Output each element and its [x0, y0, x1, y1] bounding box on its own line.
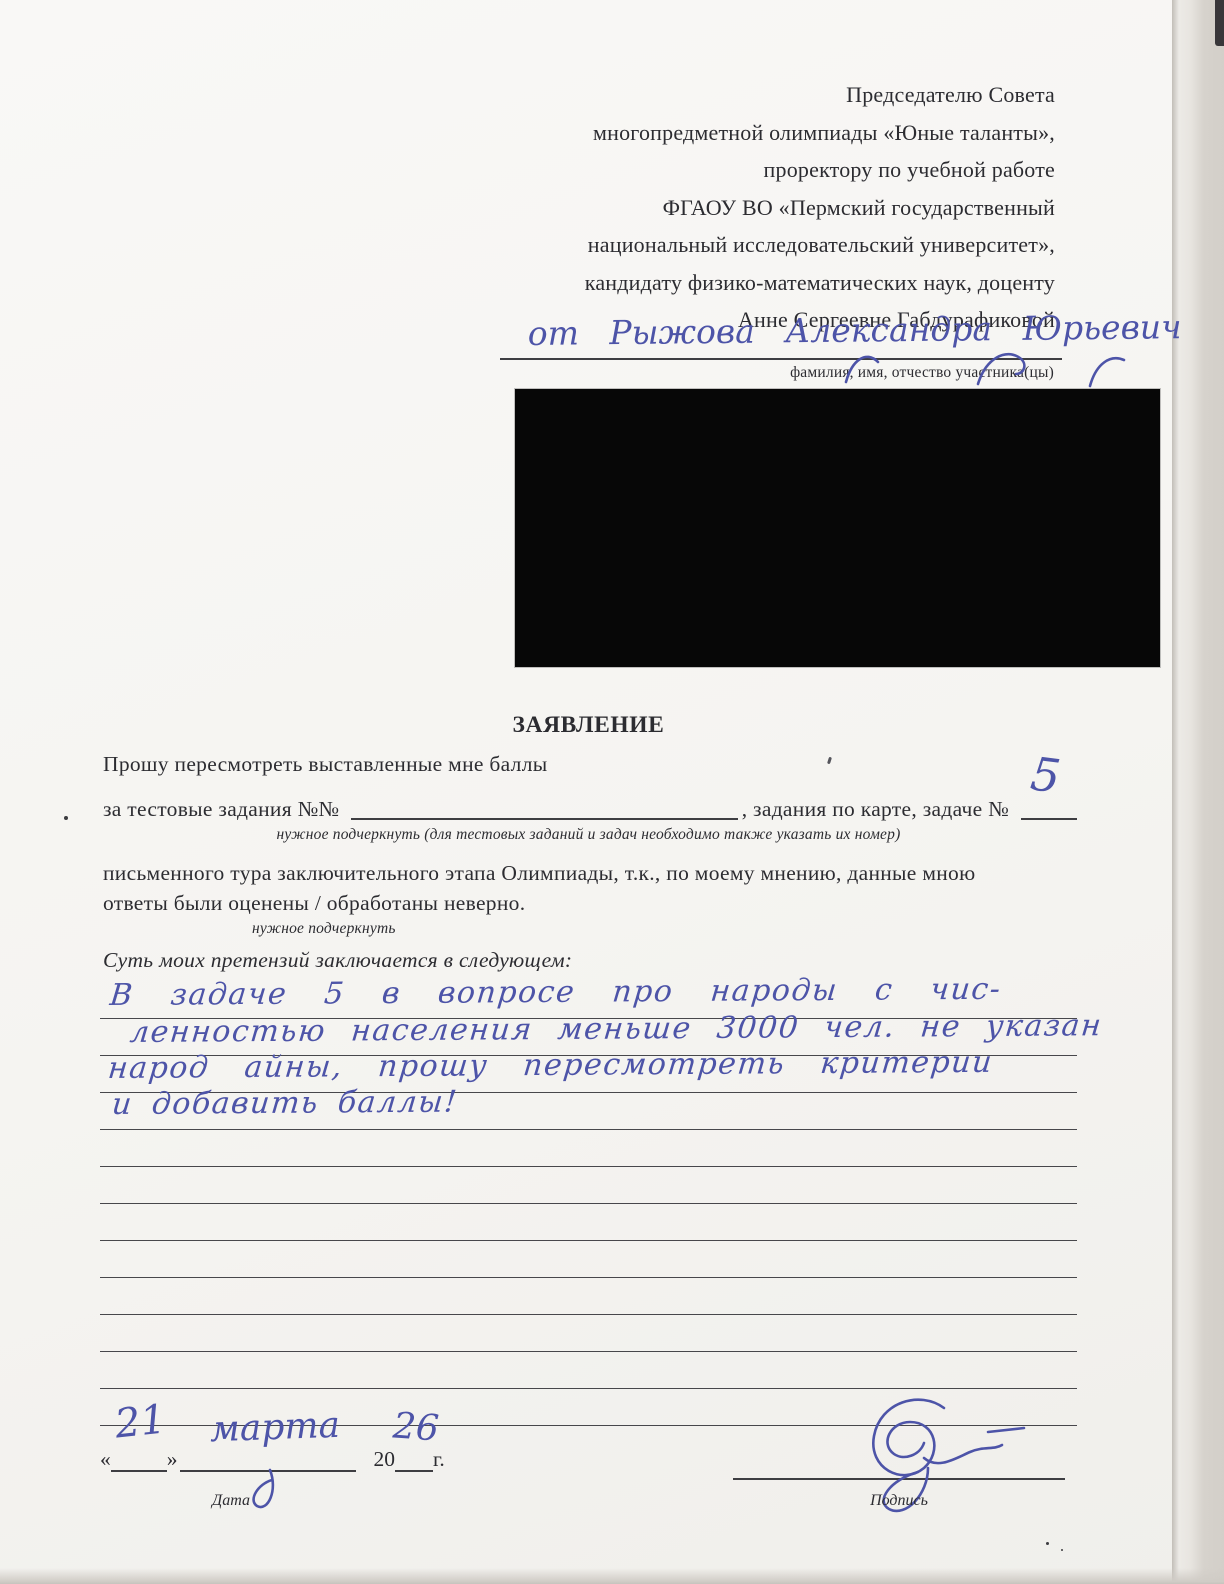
ink-speck — [1046, 1542, 1049, 1545]
recipient-line: национальный исследовательский университ… — [585, 226, 1055, 264]
claim-handwriting-line: и добавить баллы! — [110, 1083, 460, 1125]
recipient-line: кандидату физико-математических наук, до… — [585, 264, 1055, 302]
ruled-line — [100, 1167, 1077, 1204]
recipient-line: проректору по учебной работе — [585, 151, 1055, 189]
date-year-handwriting: 26 — [392, 1408, 440, 1447]
task-number-handwriting: 5 — [1028, 750, 1063, 799]
request-line-2: за тестовые задания №№ , задания по карт… — [103, 784, 1077, 822]
ruled-line — [100, 1241, 1077, 1278]
test-numbers-blank — [351, 788, 737, 820]
request-line-1: Прошу пересмотреть выставленные мне балл… — [103, 752, 547, 777]
ink-speck — [827, 757, 832, 765]
signature-label: Подпись — [733, 1492, 1065, 1510]
date-year-blank: 26 — [395, 1440, 433, 1472]
claim-handwriting-line: народ айны, прошу пересмотреть критерии — [106, 1043, 995, 1089]
redaction-box — [515, 389, 1160, 667]
task-number-blank: 5 — [1021, 788, 1077, 820]
request-line-2-suffix: , задания по карте, задаче № — [742, 797, 1009, 822]
quote-close: » — [167, 1447, 178, 1472]
quote-open: « — [100, 1447, 111, 1472]
ruled-line — [100, 1204, 1077, 1241]
underline-footnote-2: нужное подчеркнуть — [252, 920, 396, 938]
recipient-line: многопредметной олимпиады «Юные таланты»… — [585, 114, 1055, 152]
recipient-line: Председателю Совета — [585, 76, 1055, 114]
claims-intro: Суть моих претензий заключается в следую… — [103, 948, 572, 973]
ruled-line — [100, 1352, 1077, 1389]
year-prefix: 20 — [374, 1447, 396, 1472]
ink-speck — [64, 816, 68, 820]
scan-bottom-edge — [0, 1568, 1224, 1584]
ruled-lines-area: В задаче 5 в вопросе про народы с чис- л… — [100, 982, 1077, 1426]
date-row: « 21 » марта 20 26 г. — [100, 1434, 445, 1472]
date-month-handwriting: марта — [209, 1408, 340, 1449]
recipient-block: Председателю Совета многопредметной олим… — [585, 76, 1055, 339]
request-line-2-prefix: за тестовые задания №№ — [103, 797, 339, 822]
ruled-line — [100, 1278, 1077, 1315]
underline-footnote: нужное подчеркнуть (для тестовых заданий… — [100, 826, 1077, 844]
scanned-application-page: Председателю Совета многопредметной олим… — [0, 0, 1224, 1584]
from-name-handwriting: от Рыжова Александра Юрьевич — [528, 307, 1182, 353]
date-day-blank: 21 — [111, 1440, 167, 1472]
scan-right-edge — [1172, 0, 1224, 1584]
ruled-line — [100, 1315, 1077, 1352]
request-line-4: ответы были оценены / обработаны неверно… — [103, 891, 525, 916]
recipient-line: ФГАОУ ВО «Пермский государственный — [585, 189, 1055, 227]
ruled-line — [100, 1130, 1077, 1167]
date-day-handwriting: 21 — [113, 1399, 168, 1444]
request-line-3: письменного тура заключительного этапа О… — [103, 861, 1078, 886]
year-suffix: г. — [433, 1447, 445, 1472]
application-title: ЗАЯВЛЕНИЕ — [100, 712, 1077, 739]
ink-stroke — [828, 348, 1158, 388]
ink-stroke — [248, 1468, 288, 1520]
ink-speck — [1061, 1549, 1063, 1551]
scan-corner-mark — [1215, 0, 1224, 46]
